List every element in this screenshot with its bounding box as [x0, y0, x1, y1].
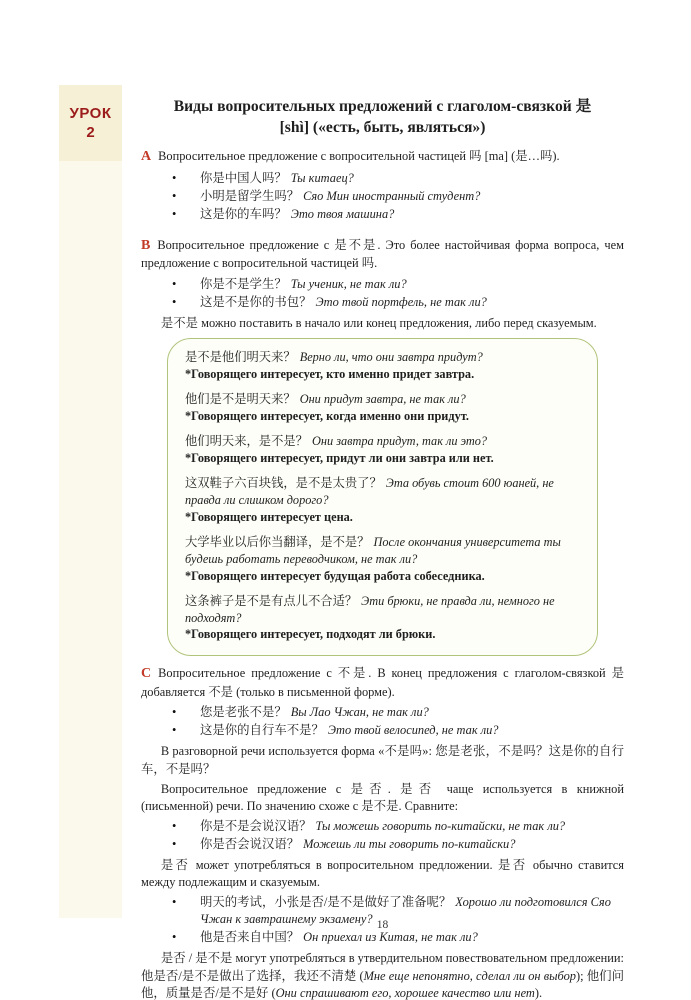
- example-block: 这条裤子是不是有点儿不合适？Эти брюки, не правда ли, н…: [185, 593, 581, 644]
- section-a-bullets: 你是中国人吗？Ты китаец? 小明是留学生吗？Сяо Мин иностр…: [141, 170, 624, 224]
- section-c-heading: CВопросительное предложение с 不是. В коне…: [141, 664, 624, 701]
- section-b-letter: B: [141, 238, 150, 253]
- russian-translation: Это твой портфель, не так ли?: [316, 295, 487, 309]
- chinese-text: 你是不是会说汉语？: [200, 819, 312, 833]
- chinese-text: 这是你的自行车不是？: [200, 723, 324, 737]
- example-sentence: 是不是他们明天来？Верно ли, что они завтра придут…: [185, 349, 581, 366]
- bullet-item: 这是不是你的书包？Это твой портфель, не так ли?: [141, 294, 624, 312]
- example-note: *Говорящего интересует, подходят ли брюк…: [185, 626, 581, 643]
- russian-translation: Он приехал из Китая, не так ли?: [303, 930, 478, 944]
- chinese-text: 是不是他们明天来？: [185, 350, 296, 364]
- chinese-text: 这条裤子是不是有点儿不合适？: [185, 594, 357, 608]
- section-a-heading-text: Вопросительное предложение с вопроситель…: [158, 149, 560, 163]
- chinese-text: 明天的考试，小张是否/是不是做好了准备呢？: [200, 895, 451, 909]
- bullet-item: 他是否来自中国？Он приехал из Китая, не так ли?: [141, 929, 624, 947]
- section-b-note: 是不是 можно поставить в начало или конец п…: [141, 315, 624, 332]
- section-b-heading-text: Вопросительное предложение с 是不是. Это бо…: [141, 238, 624, 271]
- shifou-position-paragraph: 是否 может употребляться в вопросительном …: [141, 857, 624, 892]
- russian-translation: Они спрашивают его, хорошее качество или…: [276, 986, 535, 1000]
- bullet-item: 您是老张不是？Вы Лао Чжан, не так ли?: [141, 704, 624, 722]
- bullet-item: 这是你的车吗？Это твоя машина?: [141, 206, 624, 224]
- left-margin-strip: [59, 85, 122, 918]
- colloquial-form-paragraph: В разговорной речи используется форма «不…: [141, 743, 624, 778]
- affirmative-usage-paragraph: 是否 / 是不是 могут употребляться в утвердите…: [141, 950, 624, 1000]
- chinese-text: 你是否会说汉语？: [200, 837, 299, 851]
- section-b-bullets: 你是不是学生？Ты ученик, не так ли? 这是不是你的书包？Эт…: [141, 276, 624, 312]
- russian-translation: Ты можешь говорить по-китайски, не так л…: [316, 819, 566, 833]
- bullet-item: 你是否会说汉语？Можешь ли ты говорить по-китайск…: [141, 836, 624, 854]
- bullet-item: 你是不是学生？Ты ученик, не так ли?: [141, 276, 624, 294]
- chinese-text: 这双鞋子六百块钱，是不是太贵了？: [185, 476, 382, 490]
- example-sentence: 他们明天来，是不是？Они завтра придут, так ли это?: [185, 433, 581, 450]
- section-c-letter: C: [141, 666, 151, 681]
- russian-translation: Они завтра придут, так ли это?: [312, 434, 487, 448]
- section-a-letter: A: [141, 149, 151, 164]
- chinese-text: 您是老张不是？: [200, 705, 287, 719]
- paragraph-text: ).: [535, 986, 542, 1000]
- bullet-item: 小明是留学生吗？Сяо Мин иностранный студент?: [141, 188, 624, 206]
- example-sentence: 这条裤子是不是有点儿不合适？Эти брюки, не правда ли, н…: [185, 593, 581, 627]
- example-sentence: 大学毕业以后你当翻译，是不是？После окончания университ…: [185, 534, 581, 568]
- russian-translation: Они придут завтра, не так ли?: [300, 392, 466, 406]
- example-block: 是不是他们明天来？Верно ли, что они завтра придут…: [185, 349, 581, 383]
- shifou-bullets: 你是不是会说汉语？Ты можешь говорить по-китайски,…: [141, 818, 624, 854]
- lesson-label: УРОК: [70, 105, 112, 122]
- chinese-text: 你是不是学生？: [200, 277, 287, 291]
- chinese-text: 小明是留学生吗？: [200, 189, 299, 203]
- example-note: *Говорящего интересует будущая работа со…: [185, 568, 581, 585]
- russian-translation: Это твой велосипед, не так ли?: [328, 723, 499, 737]
- section-c-bullets: 您是老张不是？Вы Лао Чжан, не так ли? 这是你的自行车不是…: [141, 704, 624, 740]
- russian-translation: Ты китаец?: [291, 171, 354, 185]
- page-content: Виды вопросительных предложений с глагол…: [141, 96, 624, 1000]
- bullet-item: 你是不是会说汉语？Ты можешь говорить по-китайски,…: [141, 818, 624, 836]
- russian-translation: Вы Лао Чжан, не так ли?: [291, 705, 429, 719]
- page-title: Виды вопросительных предложений с глагол…: [141, 96, 624, 138]
- section-b-heading: BВопросительное предложение с 是不是. Это б…: [141, 236, 624, 273]
- textbook-page: УРОК 2 Виды вопросительных предложений с…: [0, 0, 691, 1000]
- example-sentence: 他们是不是明天来？Они придут завтра, не так ли?: [185, 391, 581, 408]
- shifou-heading: Вопросительное предложение с 是否. 是否 чаще…: [141, 781, 624, 816]
- chinese-text: 他是否来自中国？: [200, 930, 299, 944]
- section-a-heading: AВопросительное предложение с вопросител…: [141, 147, 624, 167]
- title-line-1: Виды вопросительных предложений с глагол…: [141, 96, 624, 117]
- russian-translation: Верно ли, что они завтра придут?: [300, 350, 483, 364]
- chinese-text: 你是中国人吗？: [200, 171, 287, 185]
- example-note: *Говорящего интересует, кто именно приде…: [185, 366, 581, 383]
- bullet-item: 你是中国人吗？Ты китаец?: [141, 170, 624, 188]
- russian-translation: Сяо Мин иностранный студент?: [303, 189, 480, 203]
- section-c-heading-text: Вопросительное предложение с 不是. В конец…: [141, 666, 624, 699]
- example-note: *Говорящего интересует цена.: [185, 509, 581, 526]
- russian-translation: Это твоя машина?: [291, 207, 395, 221]
- example-block: 他们是不是明天来？Они придут завтра, не так ли? *…: [185, 391, 581, 425]
- example-sentence: 这双鞋子六百块钱，是不是太贵了？Эта обувь стоит 600 юане…: [185, 475, 581, 509]
- russian-translation: Можешь ли ты говорить по-китайски?: [303, 837, 515, 851]
- title-line-2: [shì] («есть, быть, являться»): [141, 117, 624, 138]
- example-note: *Говорящего интересует, когда именно они…: [185, 408, 581, 425]
- bullet-item: 这是你的自行车不是？Это твой велосипед, не так ли?: [141, 722, 624, 740]
- examples-box: 是不是他们明天来？Верно ли, что они завтра придут…: [167, 338, 598, 657]
- russian-translation: Мне еще непонятно, сделал ли он выбор: [364, 969, 576, 983]
- example-block: 这双鞋子六百块钱，是不是太贵了？Эта обувь стоит 600 юане…: [185, 475, 581, 526]
- lesson-number: 2: [86, 124, 94, 141]
- chinese-text: 大学毕业以后你当翻译，是不是？: [185, 535, 369, 549]
- chinese-text: 这是你的车吗？: [200, 207, 287, 221]
- example-block: 大学毕业以后你当翻译，是不是？После окончания университ…: [185, 534, 581, 585]
- russian-translation: Ты ученик, не так ли?: [291, 277, 407, 291]
- example-note: *Говорящего интересует, придут ли они за…: [185, 450, 581, 467]
- chinese-text: 他们明天来，是不是？: [185, 434, 308, 448]
- chinese-text: 他们是不是明天来？: [185, 392, 296, 406]
- example-block: 他们明天来，是不是？Они завтра придут, так ли это?…: [185, 433, 581, 467]
- page-number: 18: [141, 919, 624, 931]
- lesson-badge: УРОК 2: [59, 85, 122, 161]
- chinese-text: 这是不是你的书包？: [200, 295, 312, 309]
